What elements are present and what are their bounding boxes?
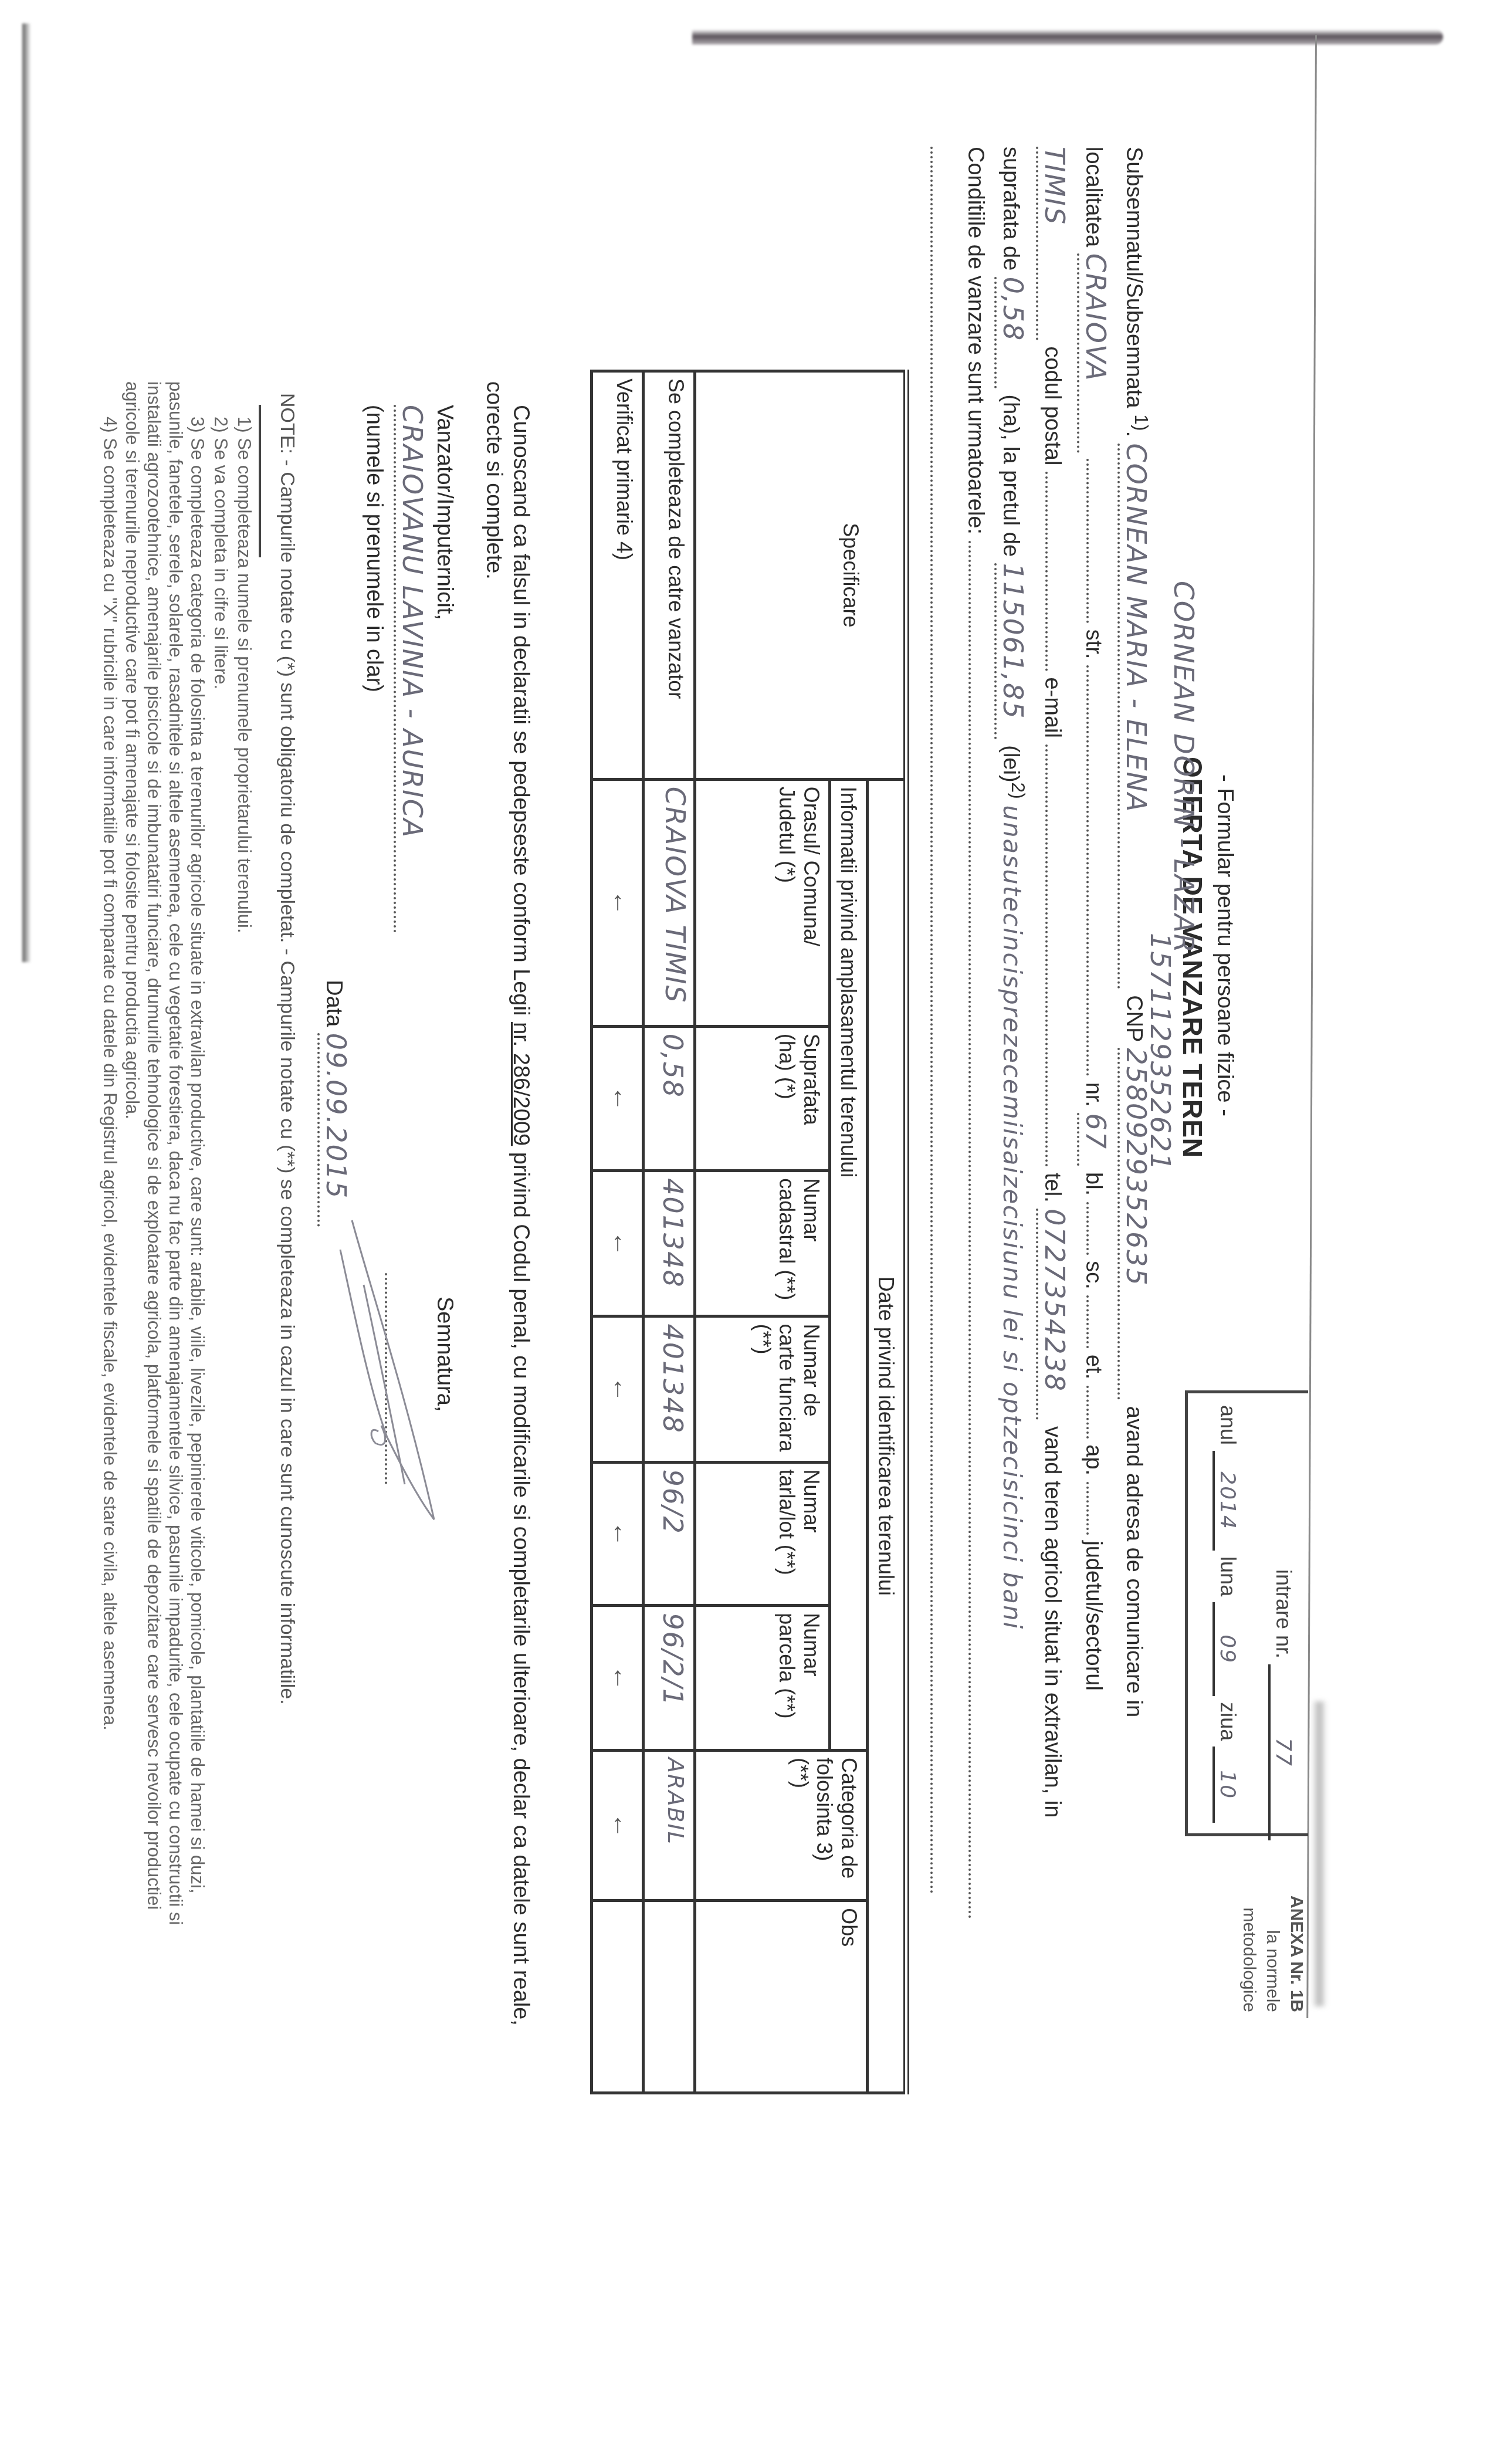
notes-line: NOTE: - Campurile notate cu (*) sunt obl… [275, 393, 299, 1705]
registration-month-value: 09 [1212, 1602, 1240, 1696]
registration-day-label: ziua [1216, 1702, 1240, 1741]
land-intro: vand teren agricol situat in extravilan,… [1040, 1426, 1065, 1817]
surface-unit: (ha), la pretul de [998, 394, 1023, 557]
verified-mark-icon: ← [591, 1316, 643, 1462]
floor-label: et. [1081, 1355, 1106, 1379]
section-title: Date privind identificarea terenului [867, 779, 906, 2093]
declaration-text-2: privind Codul penal, cu modificarile si … [509, 1152, 533, 2026]
seller-name-1: CORNEAN DORIN - LAZAR [1167, 581, 1200, 954]
conditions-extra-line [923, 147, 950, 1895]
date-line: Data 09.09.2015 [317, 980, 352, 1227]
county-value: TIMIS [1036, 147, 1071, 340]
phone-label: tel. [1040, 1173, 1065, 1203]
verified-mark-icon: ← [591, 1171, 643, 1316]
col-header-plot: Numar tarla/lot (**) [695, 1462, 829, 1606]
seller-cnp-2: 2580929352635 [1117, 1048, 1152, 1400]
price-footnote-marker: 2) [1008, 783, 1029, 799]
date-label: Data [321, 980, 346, 1027]
address-intro: avand adresa de comunicare in [1122, 1406, 1146, 1717]
form-subtitle: - Formular pentru persoane fizice - [1211, 774, 1238, 1116]
seller-line: Subsemnatul/Subsemnata 1). CORNEAN MARIA… [1117, 147, 1153, 1717]
postal-code-label: codul postal [1040, 347, 1065, 466]
surface-value: 0,58 [994, 277, 1029, 388]
conditions-label: Conditiile de vanzare sunt urmatoarele: [963, 147, 988, 534]
scan-edge-shadow [692, 29, 1443, 45]
street-number-value: 67 [1077, 1113, 1112, 1166]
price-value: 115061,85 [994, 563, 1029, 739]
footnote-3-cont-2: instalatii agrozootehnice, amenajarile p… [143, 381, 165, 1910]
street-label: str. [1081, 629, 1106, 659]
registration-number-line: intrare nr. 77 [1268, 1569, 1296, 1840]
verified-mark-icon: ← [591, 779, 643, 1026]
cell-land-book: 401348 [643, 1316, 695, 1462]
registration-month-label: luna [1216, 1556, 1240, 1596]
scanned-form-page: intrare nr. 77 anul 2014 luna 09 ziua 10… [76, 100, 1308, 2006]
county-label: judetul/sectorul [1081, 1541, 1106, 1691]
declaration-law-reference: nr. 286/2009 [509, 1022, 533, 1146]
proxy-name-line: CRAIOVANU LAVINIA - AURICA [394, 405, 428, 933]
col-header-parcel: Numar parcela (**) [695, 1606, 829, 1751]
land-identification-table: Specificare Date privind identificarea t… [590, 370, 909, 2094]
footnote-4: 4) Se completeaza cu "X" rubricile in ca… [99, 417, 121, 1731]
footnote-1: 1) Se completeaza numele si prenumele pr… [233, 417, 255, 933]
street-value [1086, 665, 1089, 1076]
localitatea-value: CRAIOVA [1077, 253, 1112, 453]
staircase-label: sc. [1081, 1261, 1106, 1289]
col-header-locality: Orasul/ Comuna/ Judetul (*) [695, 779, 829, 1026]
col-header-cadastral: Numar cadastral (**) [695, 1171, 829, 1316]
address-line: localitatea CRAIOVA str. nr. 67 bl. sc. … [1077, 147, 1112, 1691]
registration-nr-label: intrare nr. [1272, 1569, 1296, 1659]
row-label-verified: Verificat primarie 4) [591, 371, 643, 780]
spec-header-label: Specificare [838, 378, 899, 772]
price-line: suprafata de 0,58 (ha), la pretul de 115… [994, 147, 1029, 1630]
footnote-3-cont-1: pasunile, fanetele, serele, solarele, ra… [165, 381, 187, 1925]
col-header-obs: Obs [695, 1901, 867, 2093]
cell-obs [643, 1901, 695, 2093]
verified-mark-icon: ← [591, 1462, 643, 1606]
verified-mark-icon: ← [591, 1751, 643, 1901]
annex-label: ANEXA Nr. 1B [1285, 1836, 1309, 2012]
price-in-words: unasutecincisprezecemiisaizecisiunu lei … [998, 805, 1027, 1630]
declaration-text-1: Cunoscand ca falsul in declaratii se ped… [509, 381, 533, 1016]
seller-role-label: Vanzator/Imputernicit, [431, 405, 458, 620]
footnote-divider [259, 405, 261, 557]
seller-footnote-marker: 1) [1131, 414, 1152, 431]
localitatea-label: localitatea [1081, 147, 1106, 247]
phone-value: 0727354238 [1036, 1209, 1071, 1420]
table-row: Se completeaza de catre vanzator CRAIOVA… [643, 371, 695, 2093]
verified-mark-icon: ← [591, 1026, 643, 1171]
handwritten-signature-icon [334, 1214, 440, 1543]
cell-locality: CRAIOVA TIMIS [643, 779, 695, 1026]
col-header-surface: Suprafata (ha) (*) [695, 1026, 829, 1171]
declaration: Cunoscand ca falsul in declaratii se ped… [480, 381, 534, 2083]
location-group-header: Informatii privind amplasamentul terenul… [829, 779, 867, 1750]
cell-category: ARABIL [643, 1751, 695, 1901]
date-value: 09.09.2015 [317, 1033, 352, 1227]
notes-label: NOTE: [276, 393, 299, 454]
seller-name-2: CORNEAN MARIA - ELENA [1117, 444, 1152, 989]
col-header-category: Categoria de folosinta 3) (**) [695, 1751, 867, 1901]
annex-sublabel: la normele metodologice [1237, 1836, 1285, 2012]
scan-edge-shadow-left [22, 23, 31, 962]
cnp-label: CNP [1122, 995, 1146, 1042]
footnote-3: 3) Se completeaza categoria de folosinta… [187, 417, 208, 1894]
registration-year-value: 2014 [1212, 1451, 1240, 1551]
registration-year-label: anul [1216, 1405, 1240, 1445]
price-unit: (lei) [998, 745, 1023, 782]
registration-date-line: anul 2014 luna 09 ziua 10 [1212, 1405, 1241, 1823]
col-header-land-book: Numar de carte funciara (**) [695, 1316, 829, 1462]
block-label: bl. [1081, 1172, 1106, 1196]
spec-header: Specificare [695, 371, 906, 780]
seller-intro-label: Subsemnatul/Subsemnata [1122, 147, 1146, 408]
registration-day-value: 10 [1212, 1747, 1240, 1823]
proxy-name-hint: (numele si prenumele in clar) [360, 405, 387, 692]
land-identification-table-wrap: Specificare Date privind identificarea t… [590, 370, 909, 2094]
email-label: e-mail [1040, 678, 1065, 738]
annex-header: ANEXA Nr. 1B la normele metodologice [1237, 1836, 1309, 2012]
cell-obs-verified [591, 1901, 643, 2093]
note-optional: - Campurile notate cu (**) se completeaz… [276, 949, 299, 1705]
declaration-text-3: corecte si complete. [480, 381, 507, 2083]
scan-fold-shadow [1312, 1701, 1327, 2006]
apartment-label: ap. [1081, 1444, 1106, 1475]
registration-box: intrare nr. 77 anul 2014 luna 09 ziua 10 [1185, 1390, 1308, 1836]
contact-line: TIMIS codul postal e-mail tel. 072735423… [1036, 147, 1071, 1817]
surface-label: suprafata de [998, 147, 1023, 270]
table-row: Verificat primarie 4) ← ← ← ← ← ← ← [591, 371, 643, 2093]
row-label-seller: Se completeaza de catre vanzator [643, 371, 695, 780]
verified-mark-icon: ← [591, 1606, 643, 1751]
cell-surface: 0,58 [643, 1026, 695, 1171]
footnote-2: 2) Se va completa in cifre si litere. [210, 417, 232, 689]
conditions-line: Conditiile de vanzare sunt urmatoarele: [961, 147, 988, 1920]
cell-cadastral: 401348 [643, 1171, 695, 1316]
footnote-3-cont-3: agricole si terenurile neproductive care… [121, 381, 143, 1119]
street-number-label: nr. [1081, 1082, 1106, 1107]
cell-parcel: 96/2/1 [643, 1606, 695, 1751]
note-mandatory: - Campurile notate cu (*) sunt obligator… [276, 459, 299, 943]
registration-nr-value: 77 [1268, 1664, 1296, 1840]
proxy-name-value: CRAIOVANU LAVINIA - AURICA [394, 405, 428, 933]
cell-plot: 96/2 [643, 1462, 695, 1606]
